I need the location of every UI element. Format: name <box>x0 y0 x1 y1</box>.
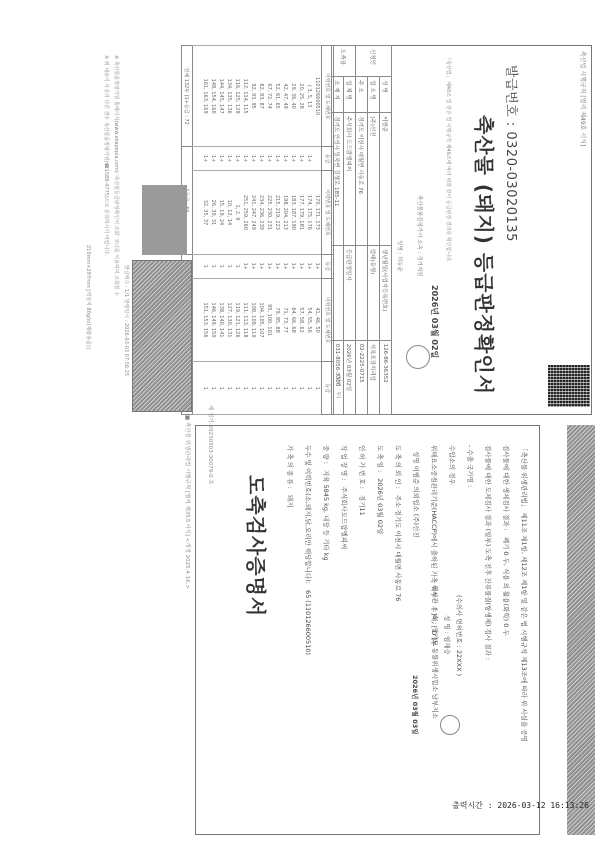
totals-label: 전체 132두 (1+등급 : 72 <box>182 46 193 147</box>
info-value: 주식회사 도드람엘피씨 <box>344 113 356 245</box>
info-row: 도축장업 체 명주식회사 도드람엘피씨등급판정일자2026년 03월 02일 <box>344 46 356 415</box>
grade-cell <box>193 147 202 171</box>
certificate-date: 2026년 03월 02일 <box>429 285 440 358</box>
grade-table-header: 이력번호 및 도체번호 <box>322 46 334 147</box>
footer-line: 발급매수 : 1/1 발행일시 : 2026-03-03 07:56:25 <box>123 265 130 376</box>
carcass-numbers: 42, 47, 49 <box>281 46 289 147</box>
certificate-line: 검사물에 대한 도체검사 결과 (일부) 도축 전후 잔류물질(항생제) 검사 … <box>484 445 493 666</box>
line-value: 경기11 <box>358 495 366 516</box>
grade-cell: 1 <box>281 362 289 415</box>
carcass-numbers: 215, 219, 223 <box>273 171 281 255</box>
grade-cell: 1 <box>297 362 305 415</box>
info-label2: 생년월일(사업자등록번호) <box>380 245 392 340</box>
certificate-line: 중 량 :지육 5845 kg, 내장 등 기타 kg <box>322 445 331 561</box>
carcass-numbers: 1, 2, 9 <box>233 171 241 255</box>
certificate-line: 도 축 의 뢰 인 :주소 경기도 이천시 대월면 사동로 76 <box>394 445 403 601</box>
grade-cell: 1 <box>249 362 257 415</box>
grade-cell: 1 <box>225 254 233 278</box>
line-label: 검사물에 대한 도체검사 결과 (일부) 도축 전후 잔류물질(항생제) 검사 … <box>484 445 492 660</box>
table-row: 148, 154, 1601+26, 30, 311146, 149, 1501 <box>209 46 217 415</box>
carcass-numbers: 119, 121, 126 <box>233 278 241 362</box>
info-value: 경기도 이천시 대월면 사동로 76 <box>356 113 368 245</box>
info-value2: 126-86-36352 <box>380 340 392 414</box>
carcass-numbers: 112, 114, 115 <box>241 46 249 147</box>
grade-table-header: 이력번호 및 도체번호 <box>322 278 334 362</box>
table-row: 110126600510170, 171, 1731+41, 46, 501 <box>313 46 322 415</box>
line-label: 「축산물 위생관리법」 제11조 제1항, 제12조 제1항 및 같은 법 시행… <box>520 445 528 742</box>
certificate-description: 「축산법」 제40조 및 같은 법 시행규칙 제46조에 따라 위와 같이 등급… <box>445 55 452 415</box>
inspector-name: 성 명 : 임재승 <box>443 615 452 655</box>
line-value: 지육 5845 kg, 내장 등 기타 kg <box>322 470 330 561</box>
line-label: 두수 및 이력번호(소,돼지,닭,오리만 해당합니다): <box>304 445 312 584</box>
grade-cell: 1 <box>233 362 241 415</box>
line-label: 중 량 : <box>322 445 330 464</box>
grade-cell <box>193 254 202 278</box>
table-row: 134, 135, 1361+10, 12, 141127, 130, 1311 <box>225 46 233 415</box>
info-label: 성 명 <box>380 77 392 113</box>
footer-line: 210mm×297mm [백상지 80g/㎡(재활용품)] <box>85 245 92 349</box>
certificate-date: 2026년 03월 03일 <box>411 675 420 735</box>
official-seal-icon <box>406 345 430 369</box>
redacted-block <box>567 425 595 835</box>
redacted-block <box>132 260 192 412</box>
info-label: 업 소 명 <box>368 77 380 113</box>
certificate-title: 도축검사증명서 <box>243 475 272 617</box>
table-row: 112, 114, 1151+251, 259, 2601+111, 113, … <box>241 46 249 415</box>
table-row: 52, 61, 651+215, 219, 2231+79, 85, 881 <box>273 46 281 415</box>
carcass-numbers: 161, 163, 169 <box>201 46 209 147</box>
grade-cell: 1+ <box>257 254 265 278</box>
carcass-numbers: 225, 230, 231 <box>265 171 273 255</box>
line-label: 수입소의 경우 <box>448 445 456 485</box>
grade-cell: 1 <box>273 362 281 415</box>
carcass-numbers: 54, 55, 56 <box>305 278 313 362</box>
grade-table-header: 이력번호 및 도체번호 <box>322 171 334 255</box>
issuer: 축산물품질평가사 소속 : 경기지원 <box>416 195 424 276</box>
certificate-line: 수입소의 경우 <box>448 445 457 491</box>
carcass-numbers <box>193 278 202 362</box>
carcass-numbers: 41, 46, 50 <box>313 278 322 362</box>
grade-cell: 1+ <box>249 254 257 278</box>
grade-cell: 1+ <box>281 147 289 171</box>
line-label: 위해요소중점관리기준(HACCP)에서 출하된 가축 여부 : <box>430 445 438 602</box>
inspector-affiliation: 검사관 소 속 : 경기도 동물위생시험소 남부지소 <box>431 585 440 719</box>
grade-cell: 1+ <box>217 147 225 171</box>
footer-line: ※ 축산물품질평가원 홈페이지(www.ekapepia.com) '축산물등급… <box>113 55 120 296</box>
info-label: 업 체 명 <box>344 77 356 113</box>
grade-cell: 1+ <box>305 254 313 278</box>
grade-cell: 1+ <box>297 254 305 278</box>
carcass-numbers: 71, 73, 77 <box>281 278 289 362</box>
line-value: 주식회사도드람엘피씨 <box>340 487 348 550</box>
table-row: 42, 47, 491+198, 204, 2131+71, 73, 771 <box>281 46 289 415</box>
grade-cell: 1+ <box>289 147 297 171</box>
info-value2: 02-2225-0715 <box>356 340 368 414</box>
carcass-numbers: 57, 58, 62 <box>297 278 305 362</box>
official-seal-icon <box>440 715 460 735</box>
grade-cell: 1+ <box>257 147 265 171</box>
carcass-numbers: 111, 113, 118 <box>241 278 249 362</box>
line-value: 성명 이범준 의뢰업소 (주)선진 <box>412 451 420 538</box>
grade-cell: 1+ <box>241 254 249 278</box>
line-value: 65 (110126600510) <box>304 590 312 655</box>
grade-table-header: 등급 <box>322 362 334 415</box>
grade-cell <box>193 362 202 415</box>
carcass-numbers: 198, 204, 213 <box>281 171 289 255</box>
carcass-numbers: 138, 140, 141 <box>217 278 225 362</box>
grade-cell: 1+ <box>289 254 297 278</box>
applicant-info-table: 신청인성 명이범준생년월일(사업자등록번호)126-86-36352업 소 명(… <box>331 45 392 415</box>
info-label2: 등급판정일자 <box>344 245 356 340</box>
grade-certificate: 축산법 시행규칙 [별지 제49호 서식] 발급번호 : 0320-030201… <box>47 45 592 415</box>
line-label: 인 허 가 번 호 : <box>358 445 366 489</box>
table-row <box>193 46 202 415</box>
grade-cell: 1 <box>201 254 209 278</box>
line-label: 작 업 장 명 : <box>340 445 348 481</box>
carcass-numbers: ( 3, 5, 13 <box>305 46 313 147</box>
carcass-numbers: 52, 61, 65 <box>273 46 281 147</box>
table-row: 20, 25, 281+177, 179, 1811+57, 58, 621 <box>297 46 305 415</box>
info-row: 신청인성 명이범준생년월일(사업자등록번호)126-86-36352 <box>380 46 392 415</box>
carcass-numbers: 116, 125, 129 <box>233 46 241 147</box>
grade-cell: 1+ <box>297 147 305 171</box>
carcass-numbers: 241, 247, 249 <box>249 171 257 255</box>
line-label: - 수출 국가명 : <box>466 445 474 487</box>
carcass-numbers: 144, 145, 147 <box>217 46 225 147</box>
info-value2: 식육포장처리업 <box>368 340 380 414</box>
certificate-line: 인 허 가 번 호 :경기11 <box>358 445 367 516</box>
info-value: (주)선진 <box>368 113 380 245</box>
grade-cell: 1+ <box>273 147 281 171</box>
carcass-numbers <box>193 46 202 147</box>
grade-cell: 1+ <box>265 147 273 171</box>
table-row: 82, 83, 871+234, 236, 2391+104, 105, 107… <box>257 46 265 415</box>
carcass-numbers: 10, 12, 14 <box>225 171 233 255</box>
carcass-numbers: 79, 85, 88 <box>273 278 281 362</box>
carcass-numbers: 148, 154, 160 <box>209 46 217 147</box>
info-row: 주 소경기도 이천시 대월면 사동로 7602-2225-0715 <box>356 46 368 415</box>
info-value2: 2026년 03월 02일 <box>344 340 356 414</box>
carcass-numbers: 146, 149, 150 <box>209 278 217 362</box>
line-value: 주소 경기도 이천시 대월면 사동로 76 <box>394 495 402 602</box>
carcass-numbers: 174, 175, 176 <box>305 171 313 255</box>
carcass-numbers: 134, 135, 136 <box>225 46 233 147</box>
issue-number: 발급번호 : 0320-03020135 <box>503 65 522 242</box>
line-value: 폐기 0 두, 식용 외 활용(화학) 0 두 <box>502 537 510 636</box>
info-value: 이범준 <box>380 113 392 245</box>
table-row: 67, 72, 741+225, 230, 2311+95, 100, 1011 <box>265 46 273 415</box>
grade-cell <box>313 147 322 171</box>
carcass-numbers: 32, 35, 37 <box>201 171 209 255</box>
unit-note: (단위 : 두) <box>335 375 342 398</box>
certificate-line: 가 축 의 종 류 :돼지 <box>286 445 295 507</box>
carcass-numbers: 95, 100, 101 <box>265 278 273 362</box>
grade-cell: 1 <box>305 362 313 415</box>
grade-cell: 1+ <box>249 147 257 171</box>
grade-cell: 1 <box>257 362 265 415</box>
section-label: 도축장 <box>332 46 356 77</box>
table-row: 92, 93, 951+241, 247, 2491+108, 109, 110… <box>249 46 257 415</box>
carcass-numbers: 234, 236, 239 <box>257 171 265 255</box>
grade-cell: 1 <box>313 362 322 415</box>
redacted-block <box>142 185 187 255</box>
grade-cell: 1+ <box>265 254 273 278</box>
table-row: 161, 163, 1691+32, 35, 371151, 153, 1561 <box>201 46 209 415</box>
info-label2: 업태(유형) <box>368 245 380 340</box>
certificate-line: 「축산물 위생관리법」 제11조 제1항, 제12조 제1항 및 같은 법 시행… <box>520 445 529 748</box>
carcass-numbers: 82, 83, 87 <box>257 46 265 147</box>
carcass-numbers: 251, 259, 260 <box>241 171 249 255</box>
grade-cell: 1+ <box>233 147 241 171</box>
info-row: 업 소 명(주)선진업태(유형)식육포장처리업 <box>368 46 380 415</box>
line-value: 돼지 <box>286 495 294 508</box>
carcass-numbers: 110126600510 <box>313 46 322 147</box>
certificate-line: 도 축 일 :2026년 03월 02일 <box>376 445 385 534</box>
grade-cell: 1+ <box>201 147 209 171</box>
certificate-line: 검사물에 대한 생체검사 결과 :폐기 0 두, 식용 외 활용(화학) 0 두 <box>502 445 511 636</box>
vet-license: (수의사 면허번호 : 22XXX ) <box>455 595 464 676</box>
print-time: 출력시간 : 2026-03-12 16:13:26 <box>452 800 589 811</box>
carcass-numbers: 15, 19, 24 <box>217 171 225 255</box>
line-label: 가 축 의 종 류 : <box>286 445 294 489</box>
grade-cell: 1 <box>209 254 217 278</box>
carcass-numbers <box>193 171 202 255</box>
table-row: 116, 125, 1291+1, 2, 91119, 121, 1261 <box>233 46 241 415</box>
slaughter-certificate: ■ 축산물 위생관리법 시행규칙 [별지 제35호서식] <개정 2025.4.… <box>20 425 540 835</box>
footer-line: ※ 위 내용이 사실과 다른 경우 축산물품질평가원(☎1588-4775)으로… <box>103 55 110 256</box>
line-value: 2026년 03월 02일 <box>376 478 384 534</box>
info-label: 주 소 <box>356 77 368 113</box>
line-label: 검사물에 대한 생체검사 결과 : <box>502 445 510 531</box>
grade-cell: 1 <box>217 362 225 415</box>
form-header: ■ 축산물 위생관리법 시행규칙 [별지 제35호서식] <개정 2025.4.… <box>184 415 192 589</box>
carcass-numbers: 104, 105, 107 <box>257 278 265 362</box>
section-label: 신청인 <box>356 46 392 77</box>
carcass-numbers: 92, 93, 95 <box>249 46 257 147</box>
grade-cell: 1 <box>265 362 273 415</box>
certificate-number: 제 경기-20230303-30079-0 호 <box>207 405 215 485</box>
table-row: 144, 145, 1471+15, 19, 241138, 140, 1411 <box>217 46 225 415</box>
certificate-title: 축산물 (돼지) 등급판정확인서 <box>471 115 500 395</box>
grader: 성명 : 허동윤 <box>396 240 404 272</box>
carcass-numbers: 108, 109, 110 <box>249 278 257 362</box>
certificate-line: 두수 및 이력번호(소,돼지,닭,오리만 해당합니다):65 (11012660… <box>304 445 313 655</box>
carcass-numbers: 177, 179, 181 <box>297 171 305 255</box>
grade-cell: 1+ <box>273 254 281 278</box>
qr-code-icon <box>548 365 590 407</box>
grade-table: 이력번호 및 도체번호 등급 이력번호 및 도체번호 등급 이력번호 및 도체번… <box>181 45 334 415</box>
grade-cell: 1 <box>241 362 249 415</box>
certificate-line: 성명 이범준 의뢰업소 (주)선진 <box>412 445 421 538</box>
grade-cell: 1 <box>233 254 241 278</box>
carcass-numbers: 183, 187, 190 <box>289 171 297 255</box>
carcass-numbers: 127, 130, 131 <box>225 278 233 362</box>
carcass-numbers: 67, 72, 74 <box>265 46 273 147</box>
grade-cell: 1+ <box>281 254 289 278</box>
carcass-numbers: 170, 171, 173 <box>313 171 322 255</box>
grade-table-header: 등급 <box>322 147 334 171</box>
carcass-numbers: 64, 66, 68 <box>289 278 297 362</box>
grade-cell: 1 <box>289 362 297 415</box>
grade-cell: 1+ <box>313 254 322 278</box>
table-row: ( 3, 5, 131+174, 175, 1761+54, 55, 561 <box>305 46 313 415</box>
grade-cell: 1+ <box>305 147 313 171</box>
line-label: 도 축 일 : <box>376 445 384 472</box>
carcass-numbers: 20, 25, 28 <box>297 46 305 147</box>
grade-cell: 1 <box>225 362 233 415</box>
grade-cell: 1+ <box>241 147 249 171</box>
info-label2 <box>356 245 368 340</box>
grade-cell: 1 <box>217 254 225 278</box>
carcass-numbers: 26, 30, 31 <box>209 171 217 255</box>
carcass-numbers: 29, 36, 40 <box>289 46 297 147</box>
table-row: 29, 36, 401+183, 187, 1901+64, 66, 681 <box>289 46 297 415</box>
line-label: 도 축 의 뢰 인 : <box>394 445 402 489</box>
grade-cell: 1+ <box>225 147 233 171</box>
certificate-line: - 수출 국가명 : <box>466 445 475 493</box>
certificate-line: 작 업 장 명 :주식회사도드람엘피씨 <box>340 445 349 549</box>
form-header: 축산법 시행규칙 [별지 제49호 서식] <box>579 51 588 146</box>
grade-cell: 1+ <box>209 147 217 171</box>
grade-table-header: 등급 <box>322 254 334 278</box>
carcass-numbers: 151, 153, 156 <box>201 278 209 362</box>
